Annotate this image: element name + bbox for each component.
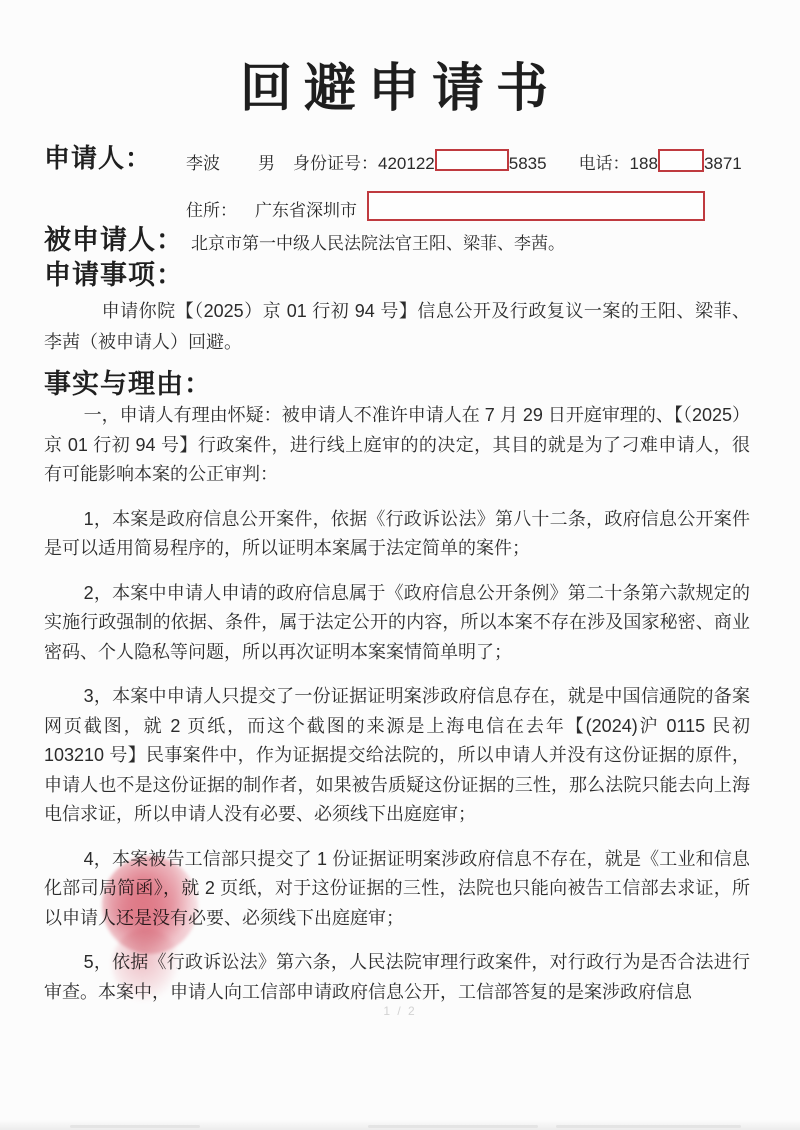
- address-prefix-text: 广东省深圳市: [255, 196, 357, 221]
- id-redaction-box: [435, 149, 509, 171]
- request-heading: 申请事项：: [44, 253, 184, 292]
- page-title: 回避申请书: [0, 46, 800, 121]
- fact-paragraph-1: 一，申请人有理由怀疑：被申请人不准许申请人在 7 月 29 日开庭审理的、【（2…: [44, 401, 750, 490]
- phone-redaction-box: [658, 149, 704, 172]
- fact-paragraph-5: 4，本案被告工信部只提交了 1 份证据证明案涉政府信息不存在，就是《工业和信息化…: [44, 845, 750, 934]
- applicant-gender: 男: [258, 149, 275, 174]
- phone-suffix: 3871: [704, 154, 742, 174]
- address-row: 住所： 广东省深圳市: [186, 186, 705, 221]
- address-label: 住所：: [186, 196, 237, 221]
- facts-heading: 事实与理由：: [44, 362, 212, 401]
- fact-paragraph-3: 2，本案中申请人申请的政府信息属于《政府信息公开条例》第二十条第六款规定的实施行…: [44, 579, 750, 668]
- respondent-label: 被申请人：: [44, 218, 184, 257]
- fact-paragraph-2: 1，本案是政府信息公开案件，依据《行政诉讼法》第八十二条，政府信息公开案件是可以…: [44, 505, 750, 564]
- scan-edge-mark: [70, 1125, 200, 1128]
- applicant-label: 申请人：: [44, 138, 152, 175]
- scan-edge: [0, 1120, 800, 1130]
- phone-text: 电话：188: [579, 149, 658, 174]
- scan-edge-mark: [368, 1125, 538, 1128]
- fact-paragraph-4: 3，本案中申请人只提交了一份证据证明案涉政府信息存在，就是中国信通院的备案网页截…: [44, 682, 750, 830]
- scanned-document-page: 回避申请书 申请人： 李波 男 身份证号：420122 5835 电话：188 …: [0, 0, 800, 1130]
- facts-body: 一，申请人有理由怀疑：被申请人不准许申请人在 7 月 29 日开庭审理的、【（2…: [44, 401, 750, 1022]
- page-number: 1 / 2: [0, 1004, 800, 1018]
- respondent-text: 北京市第一中级人民法院法官王阳、梁菲、李茜。: [191, 229, 565, 254]
- id-number-suffix: 5835: [509, 154, 547, 174]
- id-number-text: 身份证号：420122: [293, 149, 435, 174]
- fact-paragraph-6: 5，依据《行政诉讼法》第六条，人民法院审理行政案件，对行政行为是否合法进行审查。…: [44, 948, 750, 1007]
- applicant-info-row: 李波 男 身份证号：420122 5835 电话：188 3871: [186, 146, 742, 174]
- request-paragraph: 申请你院【（2025）京 01 行初 94 号】信息公开及行政复议一案的王阳、梁…: [44, 296, 750, 358]
- scan-edge-mark: [556, 1125, 741, 1128]
- address-redaction-box: [367, 191, 705, 221]
- applicant-name: 李波: [186, 149, 220, 174]
